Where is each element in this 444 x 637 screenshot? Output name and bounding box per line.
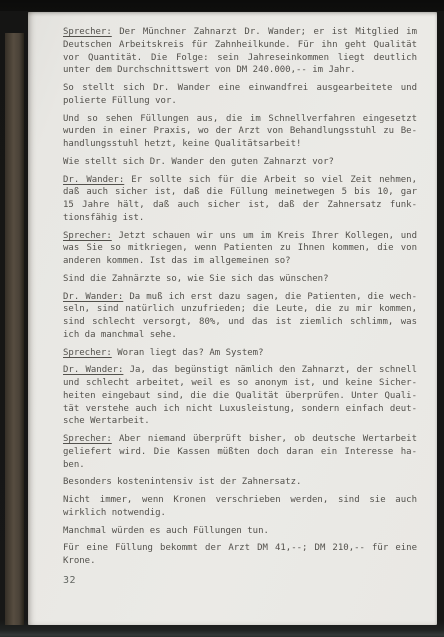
text-line: Dr. Wander: Ja, das begünstigt nämlich d… bbox=[63, 364, 417, 377]
text-line: ich da manchmal sehe. bbox=[63, 329, 417, 342]
transcript-paragraph: Besonders kostenintensiv ist der Zahners… bbox=[63, 476, 417, 489]
text-line: polierte Füllung vor. bbox=[63, 95, 417, 108]
text-line: Für eine Füllung bekommt der Arzt DM 41,… bbox=[63, 542, 417, 555]
text-line: seln, sind natürlich unzufrieden; die Le… bbox=[63, 303, 417, 316]
text-line: Sprecher: Der Münchner Zahnarzt Dr. Wand… bbox=[63, 26, 417, 39]
transcript-paragraph: Sprecher: Aber niemand überprüft bisher,… bbox=[63, 433, 417, 471]
text-line: was Sie so mitkriegen, wenn Patienten zu… bbox=[63, 242, 417, 255]
text-line: heiten eingebaut sind, die die Qualität … bbox=[63, 390, 417, 403]
text-line: Sprecher: Jetzt schauen wir uns um im Kr… bbox=[63, 230, 417, 243]
text-line: So stellt sich Dr. Wander eine einwandfr… bbox=[63, 82, 417, 95]
text-line: Deutschen Arbeitskreis für Zahnheilkunde… bbox=[63, 39, 417, 52]
text-line: Besonders kostenintensiv ist der Zahners… bbox=[63, 476, 417, 489]
text-line: daß auch sicher ist, daß die Füllung mei… bbox=[63, 186, 417, 199]
text-line: Manchmal würden es auch Füllungen tun. bbox=[63, 525, 417, 538]
transcript-paragraph: Sind die Zahnärzte so, wie Sie sich das … bbox=[63, 273, 417, 286]
transcript-paragraph: Sprecher: Woran liegt das? Am System? bbox=[63, 347, 417, 360]
text-line: Dr. Wander: Da muß ich erst dazu sagen, … bbox=[63, 291, 417, 304]
transcript-paragraph: Und so sehen Füllungen aus, die im Schne… bbox=[63, 113, 417, 151]
speaker-label: Sprecher: bbox=[63, 231, 112, 241]
speaker-label: Sprecher: bbox=[63, 27, 112, 37]
text-line: Krone. bbox=[63, 555, 417, 568]
speaker-label: Dr. Wander: bbox=[63, 175, 124, 185]
transcript-paragraph: So stellt sich Dr. Wander eine einwandfr… bbox=[63, 82, 417, 108]
text-line: wurden in einer Praxis, wo der Arzt von … bbox=[63, 125, 417, 138]
transcript-paragraph: Dr. Wander: Da muß ich erst dazu sagen, … bbox=[63, 291, 417, 342]
text-line: Sprecher: Aber niemand überprüft bisher,… bbox=[63, 433, 417, 446]
transcript-paragraph: Sprecher: Der Münchner Zahnarzt Dr. Wand… bbox=[63, 26, 417, 77]
text-line: geliefert wird. Die Kassen müßten doch d… bbox=[63, 446, 417, 459]
text-line: tät verstehe auch ich nicht Luxusleistun… bbox=[63, 403, 417, 416]
transcript-paragraph: Manchmal würden es auch Füllungen tun. bbox=[63, 525, 417, 538]
transcript-paragraph: Wie stellt sich Dr. Wander den guten Zah… bbox=[63, 156, 417, 169]
speaker-label: Sprecher: bbox=[63, 434, 112, 444]
document-page: Sprecher: Der Münchner Zahnarzt Dr. Wand… bbox=[28, 12, 437, 625]
text-line: Wie stellt sich Dr. Wander den guten Zah… bbox=[63, 156, 417, 169]
text-line: Sind die Zahnärzte so, wie Sie sich das … bbox=[63, 273, 417, 286]
text-line: ben. bbox=[63, 459, 417, 472]
text-line: Sprecher: Woran liegt das? Am System? bbox=[63, 347, 417, 360]
speaker-label: Dr. Wander: bbox=[63, 292, 123, 302]
transcript-paragraph: Für eine Füllung bekommt der Arzt DM 41,… bbox=[63, 542, 417, 568]
text-line: und schlecht arbeitet, weil es so anonym… bbox=[63, 377, 417, 390]
book-spine-shadow bbox=[5, 33, 24, 625]
text-line: vor Quantität. Die Folge: sein Jahresein… bbox=[63, 52, 417, 65]
text-line: sind schlecht versorgt, 80%, und das ist… bbox=[63, 316, 417, 329]
transcript-paragraph: Dr. Wander: Er sollte sich für die Arbei… bbox=[63, 174, 417, 225]
transcript-paragraph: Nicht immer, wenn Kronen verschrieben we… bbox=[63, 494, 417, 520]
text-line: Und so sehen Füllungen aus, die im Schne… bbox=[63, 113, 417, 126]
text-line: Dr. Wander: Er sollte sich für die Arbei… bbox=[63, 174, 417, 187]
text-line: wirklich notwendig. bbox=[63, 507, 417, 520]
transcript-paragraph: Sprecher: Jetzt schauen wir uns um im Kr… bbox=[63, 230, 417, 268]
text-line: anderen kommen. Ist das im allgemeinen s… bbox=[63, 255, 417, 268]
transcript-paragraph: Dr. Wander: Ja, das begünstigt nämlich d… bbox=[63, 364, 417, 428]
text-line: 15 Jahre hält, daß auch sicher ist, daß … bbox=[63, 199, 417, 212]
text-line: handlungsstuhl hetzt, keine Qualitätsarb… bbox=[63, 138, 417, 151]
speaker-label: Sprecher: bbox=[63, 348, 112, 358]
transcript: Sprecher: Der Münchner Zahnarzt Dr. Wand… bbox=[63, 26, 417, 586]
text-line: sche Wertarbeit. bbox=[63, 415, 417, 428]
text-line: unter dem Durchschnittswert von DM 240.0… bbox=[63, 64, 417, 77]
text-line: tionsfähig ist. bbox=[63, 212, 417, 225]
text-line: Nicht immer, wenn Kronen verschrieben we… bbox=[63, 494, 417, 507]
photo-background: Sprecher: Der Münchner Zahnarzt Dr. Wand… bbox=[0, 0, 444, 637]
page-number: 32 bbox=[63, 575, 417, 586]
speaker-label: Dr. Wander: bbox=[63, 365, 123, 375]
